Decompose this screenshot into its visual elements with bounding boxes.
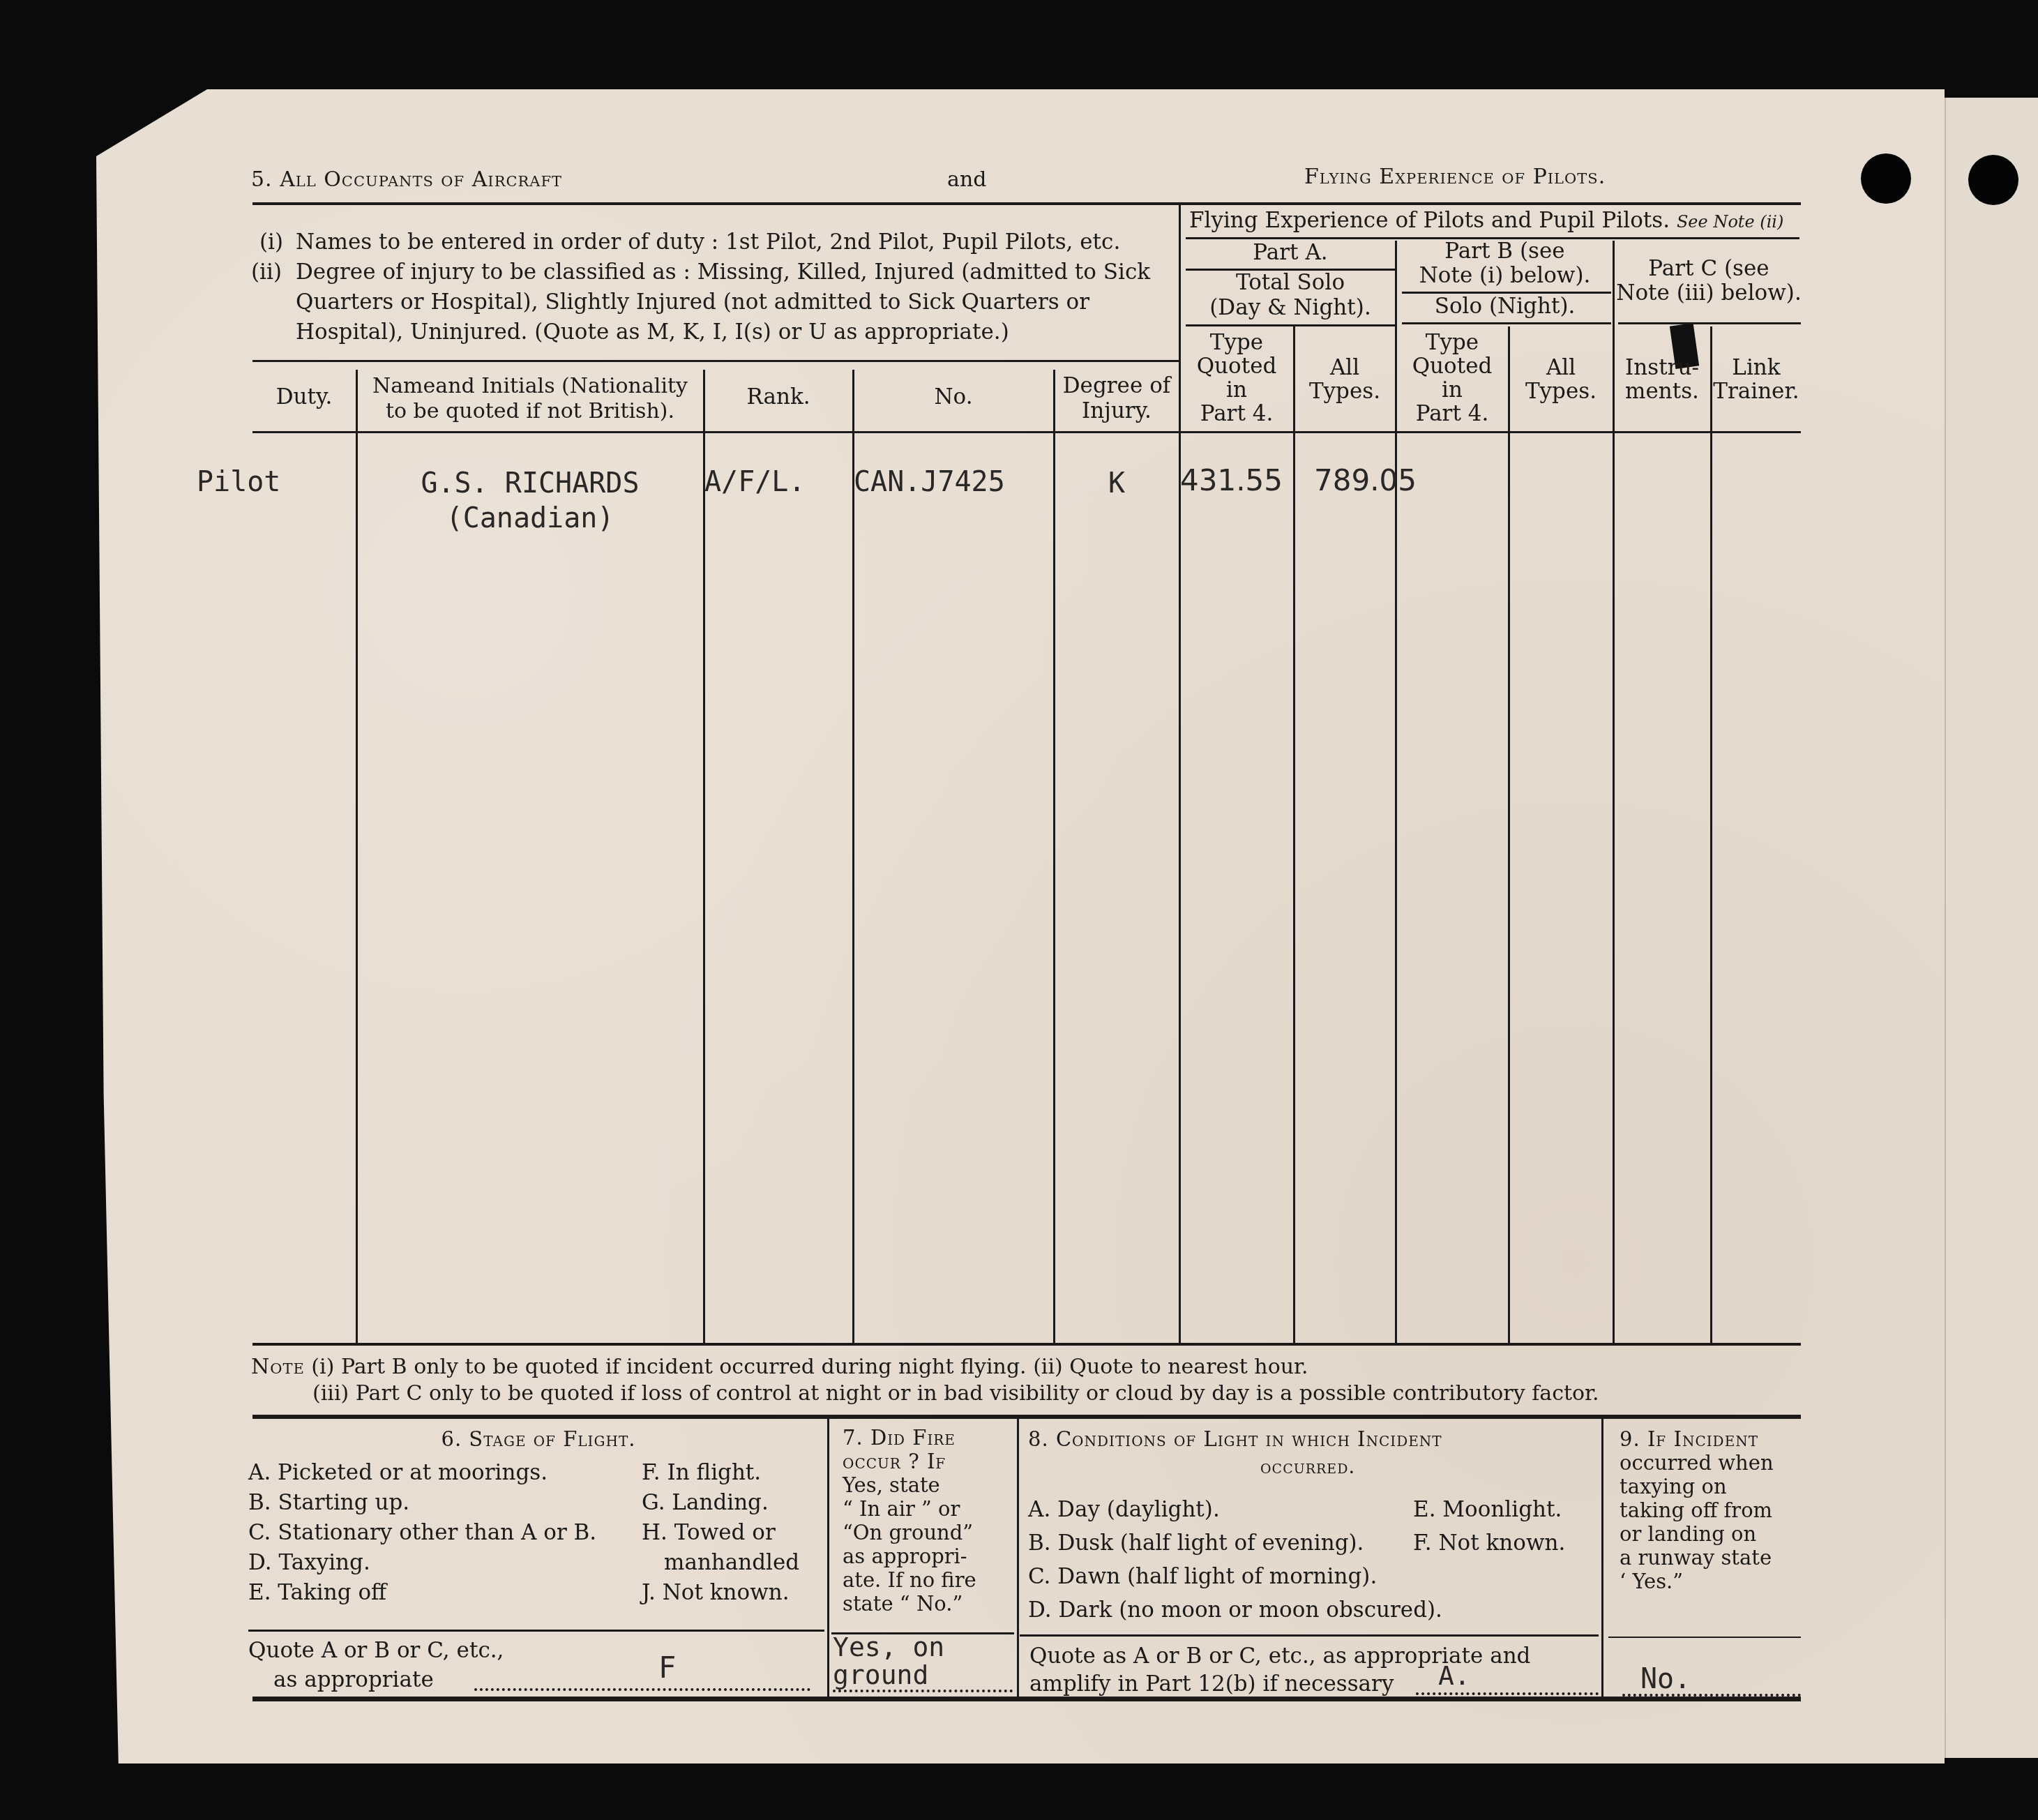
col-b-type-4: Part 4. — [1396, 402, 1508, 426]
part-b-bottom-rule — [1402, 322, 1611, 324]
note-line-1: Note (i) Part B only to be quoted if inc… — [251, 1355, 1308, 1379]
section-8-rule — [1020, 1634, 1599, 1637]
col-divider — [852, 370, 854, 1343]
col-c-link-1: Link — [1712, 356, 1801, 380]
section-7-question: 7. Did Fire occur ? If Yes, state “ In a… — [843, 1426, 1004, 1616]
section-9-rule — [1608, 1637, 1801, 1638]
instruction-ii-cont2: Hospital), Uninjured. (Quote as M, K, I,… — [251, 317, 1179, 347]
section-divider — [1601, 1419, 1603, 1698]
section-5-heading: 5. All Occupants of Aircraft — [251, 167, 562, 192]
col-c-instr-2: ments. — [1614, 379, 1710, 404]
section-6-options-left: A. Picketed or at moorings. B. Starting … — [248, 1458, 596, 1608]
instructions-block: (i) Names to be entered in order of duty… — [251, 227, 1179, 347]
col-divider — [703, 370, 705, 1343]
header-bottom-rule — [252, 431, 1801, 433]
part-b-title-2: Note (i) below). — [1398, 264, 1611, 288]
section-8-answer[interactable]: A. — [1438, 1660, 1470, 1691]
section-6-rule — [248, 1630, 824, 1632]
section-divider — [827, 1419, 829, 1698]
section-7-answer-line — [833, 1690, 1013, 1692]
col-divider — [1293, 326, 1295, 1343]
section-8-answer-line — [1416, 1692, 1599, 1695]
section-6-quote-1: Quote A or B or C, etc., — [248, 1638, 504, 1663]
form-bottom-rule — [252, 1697, 1801, 1701]
part-b-title-1: Part B (see — [1398, 239, 1611, 264]
row-nationality: (Canadian) — [357, 501, 703, 536]
part-c-divider — [1613, 241, 1615, 1343]
col-b-all-2: Types. — [1509, 379, 1613, 404]
part-a-subtitle-2: (Day & Night). — [1182, 296, 1398, 320]
section-6-answer-line — [474, 1688, 810, 1691]
col-c-link-2: Trainer. — [1712, 379, 1801, 404]
row-part-a-type: 431.55 — [1180, 463, 1283, 497]
col-injury-1: Degree of — [1055, 374, 1179, 398]
col-a-type-3: in — [1180, 378, 1293, 403]
note-line-2: (iii) Part C only to be quoted if loss o… — [312, 1381, 1599, 1406]
instruction-ii: (ii) Degree of injury to be classified a… — [251, 257, 1179, 287]
section-7-answer-1[interactable]: Yes, on — [833, 1632, 944, 1662]
notes-bottom-rule — [252, 1415, 1801, 1419]
section-6-quote-2: as appropriate — [273, 1667, 434, 1692]
punch-hole-icon — [1861, 153, 1911, 204]
part-c-title-2: Note (iii) below). — [1615, 281, 1803, 306]
col-rank: Rank. — [704, 385, 852, 409]
section-9-answer[interactable]: No. — [1640, 1663, 1691, 1695]
section-8-quote-2: amplify in Part 12(b) if necessary — [1029, 1671, 1394, 1697]
col-a-type-2: Quoted — [1180, 354, 1293, 379]
col-b-all-1: All — [1509, 356, 1613, 380]
part-a-bottom-rule — [1186, 324, 1395, 326]
section-6-title: 6. Stage of Flight. — [252, 1427, 824, 1452]
col-b-type-3: in — [1396, 378, 1508, 403]
row-name: G.S. RICHARDS — [357, 466, 703, 501]
section-6-answer[interactable]: F — [658, 1650, 676, 1685]
row-number: CAN.J7425 — [854, 466, 1005, 498]
section-8-options-right: E. Moonlight. F. Not known. — [1413, 1493, 1565, 1560]
experience-title: Flying Experience of Pilots and Pupil Pi… — [1189, 208, 1783, 233]
top-rule — [252, 202, 1801, 205]
section-9-question: 9. If Incident occurred when taxying on … — [1620, 1427, 1802, 1593]
col-a-all-2: Types. — [1294, 379, 1395, 404]
part-c-bottom-rule — [1618, 322, 1801, 324]
col-a-type-4: Part 4. — [1180, 402, 1293, 426]
table-bottom-rule — [252, 1343, 1801, 1346]
part-a-subtitle-1: Total Solo — [1182, 271, 1398, 295]
row-part-a-all: 789.05 — [1314, 463, 1417, 497]
punch-hole-icon — [1968, 155, 2018, 205]
section-6-options-right: F. In flight. G. Landing. H. Towed or ma… — [642, 1458, 799, 1608]
instruction-ii-cont: Quarters or Hospital), Slightly Injured … — [251, 287, 1179, 317]
flying-experience-heading: Flying Experience of Pilots. — [1304, 165, 1606, 189]
col-b-type-1: Type — [1396, 331, 1508, 355]
col-c-instr-1: Instru- — [1614, 356, 1710, 380]
col-divider — [1053, 370, 1055, 1343]
section-7-answer-2[interactable]: ground — [833, 1660, 928, 1690]
row-injury: K — [1055, 466, 1179, 501]
row-rank: A/F/L. — [704, 466, 806, 498]
part-b-subtitle: Solo (Night). — [1398, 294, 1611, 319]
col-injury-2: Injury. — [1055, 399, 1179, 423]
section-8-title-2: occurred. — [1018, 1455, 1597, 1480]
section-8-options-left: A. Day (daylight). B. Dusk (half light o… — [1028, 1493, 1442, 1627]
col-a-all-1: All — [1294, 356, 1395, 380]
adjacent-page-edge — [1945, 98, 2038, 1758]
row-duty: Pilot — [197, 466, 280, 498]
col-duty: Duty. — [252, 385, 356, 409]
col-a-type-1: Type — [1180, 331, 1293, 355]
col-b-type-2: Quoted — [1396, 354, 1508, 379]
col-name-2: to be quoted if not British). — [357, 399, 703, 423]
part-a-title: Part A. — [1182, 241, 1398, 265]
heading-connector: and — [947, 167, 986, 192]
instruction-i: (i) Names to be entered in order of duty… — [251, 227, 1179, 257]
col-number: No. — [854, 385, 1053, 409]
section-8-title-1: 8. Conditions of Light in which Incident — [1028, 1427, 1442, 1451]
instructions-bottom-rule — [252, 360, 1180, 362]
part-c-title-1: Part C (see — [1615, 257, 1803, 281]
col-divider — [1710, 326, 1712, 1343]
col-divider — [1508, 326, 1510, 1343]
col-name-1: Nameand Initials (Nationality — [357, 374, 703, 398]
